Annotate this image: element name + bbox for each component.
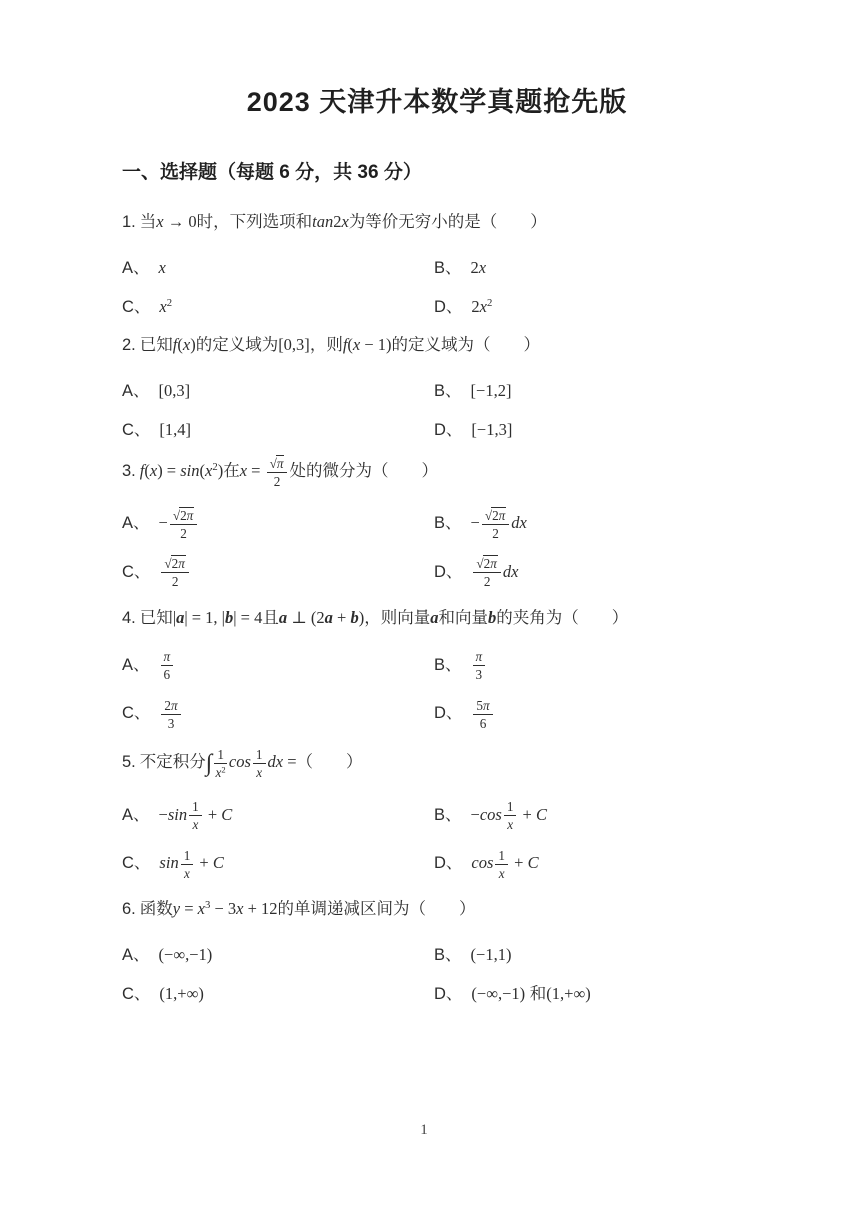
- exam-page: 2023 天津升本数学真题抢先版 一、选择题（每题 6 分，共 36 分） 1.…: [0, 0, 848, 1004]
- answer-option: D、√2π2dx: [434, 541, 752, 589]
- option-label: B、: [434, 259, 462, 277]
- answer-option: B、2x: [434, 239, 752, 278]
- option-label: A、: [122, 514, 150, 532]
- answer-option: C、√2π2: [122, 541, 434, 589]
- radical: √2π: [164, 555, 185, 571]
- fraction: 1x2: [214, 747, 227, 780]
- options-grid: A、π6 B、π3 C、2π3 D、5π6: [122, 634, 752, 731]
- fraction: √π2: [267, 456, 288, 489]
- fraction: 2π3: [161, 698, 180, 731]
- fraction: √2π2: [473, 556, 500, 589]
- question-stem: 不定积分∫1x2cos1xdx =（ ）: [140, 753, 363, 771]
- option-label: C、: [122, 563, 150, 581]
- option-text: −√2π2dx: [471, 514, 527, 532]
- question-number: 3.: [122, 462, 136, 480]
- option-text: −√2π2: [159, 514, 200, 532]
- question: 1.当x → 0时，下列选项和tan2x为等价无穷小的是（ ） A、x B、2x…: [122, 210, 752, 317]
- option-text: [−1,3]: [471, 421, 512, 439]
- question-number: 5.: [122, 753, 136, 771]
- question-number: 2.: [122, 336, 136, 354]
- options-grid: A、−sin1x + C B、−cos1x + C C、sin1x + C D、…: [122, 784, 752, 881]
- option-text: −cos1x + C: [471, 806, 547, 824]
- option-label: C、: [122, 854, 150, 872]
- option-label: D、: [434, 298, 462, 316]
- question: 3.f(x) = sin(x2)在x = √π2处的微分为（ ） A、−√2π2…: [122, 456, 752, 590]
- option-text: −sin1x + C: [159, 806, 233, 824]
- options-grid: A、−√2π2 B、−√2π2dx C、√2π2 D、√2π2dx: [122, 493, 752, 590]
- option-label: A、: [122, 806, 150, 824]
- option-text: x2: [159, 298, 172, 316]
- integral-sign: ∫: [206, 751, 213, 777]
- question-stem: 函数y = x3 − 3x + 12的单调递减区间为（ ）: [140, 900, 476, 918]
- question-number: 4.: [122, 609, 136, 627]
- option-label: D、: [434, 854, 462, 872]
- option-label: A、: [122, 656, 150, 674]
- option-text: π3: [471, 656, 488, 674]
- option-label: A、: [122, 382, 150, 400]
- option-text: 2π3: [159, 704, 182, 722]
- answer-option: A、−√2π2: [122, 493, 434, 541]
- option-label: C、: [122, 298, 150, 316]
- answer-option: A、[0,3]: [122, 362, 434, 401]
- question-stem: 当x → 0时，下列选项和tan2x为等价无穷小的是（ ）: [140, 213, 547, 231]
- answer-option: B、π3: [434, 634, 752, 682]
- question-stem: 已知f(x)的定义域为[0,3]，则f(x − 1)的定义域为（ ）: [140, 336, 540, 354]
- answer-option: C、(1,+∞): [122, 965, 434, 1004]
- option-label: A、: [122, 259, 150, 277]
- question-number: 6.: [122, 900, 136, 918]
- fraction: √2π2: [161, 556, 188, 589]
- radical: √2π: [485, 507, 506, 523]
- option-text: [1,4]: [159, 421, 191, 439]
- options-grid: A、x B、2x C、x2 D、2x2: [122, 239, 752, 317]
- fraction: √2π2: [482, 508, 509, 541]
- option-label: D、: [434, 985, 462, 1003]
- section-heading: 一、选择题（每题 6 分，共 36 分）: [122, 157, 752, 184]
- option-text: 2x: [471, 259, 487, 277]
- radical: √2π: [173, 507, 194, 523]
- option-text: cos1x + C: [471, 854, 538, 872]
- option-text: π6: [159, 656, 176, 674]
- option-label: D、: [434, 704, 462, 722]
- fraction: 1x: [495, 848, 508, 881]
- answer-option: A、x: [122, 239, 434, 278]
- fraction: 1x: [504, 799, 517, 832]
- question: 2.已知f(x)的定义域为[0,3]，则f(x − 1)的定义域为（ ） A、[…: [122, 333, 752, 440]
- answer-option: D、(−∞,−1) 和(1,+∞): [434, 965, 752, 1004]
- option-text: √2π2: [159, 563, 190, 581]
- question: 5.不定积分∫1x2cos1xdx =（ ） A、−sin1x + C B、−c…: [122, 747, 752, 881]
- option-text: 5π6: [471, 704, 494, 722]
- fraction: √2π2: [170, 508, 197, 541]
- answer-option: C、2π3: [122, 683, 434, 731]
- options-grid: A、(−∞,−1) B、(−1,1) C、(1,+∞) D、(−∞,−1) 和(…: [122, 926, 752, 1004]
- answer-option: B、(−1,1): [434, 926, 752, 965]
- answer-option: A、−sin1x + C: [122, 784, 434, 832]
- option-label: C、: [122, 421, 150, 439]
- question-stem-line: 4.已知|a| = 1, |b| = 4且a ⊥ (2a + b)，则向量a和向…: [122, 606, 752, 631]
- radical: √π: [270, 455, 285, 471]
- answer-option: B、−√2π2dx: [434, 493, 752, 541]
- question: 6.函数y = x3 − 3x + 12的单调递减区间为（ ） A、(−∞,−1…: [122, 897, 752, 1004]
- fraction: π3: [473, 649, 486, 682]
- option-text: (−∞,−1): [159, 946, 213, 964]
- option-text: sin1x + C: [159, 854, 223, 872]
- option-text: [0,3]: [159, 382, 191, 400]
- answer-option: D、5π6: [434, 683, 752, 731]
- option-label: B、: [434, 382, 462, 400]
- answer-option: A、(−∞,−1): [122, 926, 434, 965]
- answer-option: C、x2: [122, 278, 434, 317]
- question: 4.已知|a| = 1, |b| = 4且a ⊥ (2a + b)，则向量a和向…: [122, 606, 752, 731]
- question-stem-line: 2.已知f(x)的定义域为[0,3]，则f(x − 1)的定义域为（ ）: [122, 333, 752, 358]
- answer-option: D、[−1,3]: [434, 401, 752, 440]
- answer-option: C、sin1x + C: [122, 833, 434, 881]
- answer-option: D、cos1x + C: [434, 833, 752, 881]
- question-stem-line: 6.函数y = x3 − 3x + 12的单调递减区间为（ ）: [122, 897, 752, 922]
- radical: √2π: [476, 555, 497, 571]
- option-label: D、: [434, 421, 462, 439]
- fraction: 5π6: [473, 698, 492, 731]
- option-text: [−1,2]: [471, 382, 512, 400]
- option-label: A、: [122, 946, 150, 964]
- answer-option: B、−cos1x + C: [434, 784, 752, 832]
- question-stem-line: 3.f(x) = sin(x2)在x = √π2处的微分为（ ）: [122, 456, 752, 489]
- option-label: B、: [434, 514, 462, 532]
- fraction: π6: [161, 649, 174, 682]
- fraction: 1x: [181, 848, 194, 881]
- question-stem-line: 5.不定积分∫1x2cos1xdx =（ ）: [122, 747, 752, 780]
- answer-option: A、π6: [122, 634, 434, 682]
- page-number: 1: [0, 1122, 848, 1139]
- option-text: (−1,1): [471, 946, 512, 964]
- option-label: C、: [122, 704, 150, 722]
- fraction: 1x: [253, 747, 266, 780]
- option-label: B、: [434, 806, 462, 824]
- question-stem: f(x) = sin(x2)在x = √π2处的微分为（ ）: [140, 462, 438, 480]
- answer-option: D、2x2: [434, 278, 752, 317]
- options-grid: A、[0,3] B、[−1,2] C、[1,4] D、[−1,3]: [122, 362, 752, 440]
- question-stem-line: 1.当x → 0时，下列选项和tan2x为等价无穷小的是（ ）: [122, 210, 752, 235]
- option-label: C、: [122, 985, 150, 1003]
- option-label: D、: [434, 563, 462, 581]
- option-text: √2π2dx: [471, 563, 518, 581]
- option-text: x: [159, 259, 166, 277]
- option-text: 2x2: [471, 298, 492, 316]
- option-label: B、: [434, 946, 462, 964]
- questions-list: 1.当x → 0时，下列选项和tan2x为等价无穷小的是（ ） A、x B、2x…: [122, 210, 752, 1004]
- answer-option: C、[1,4]: [122, 401, 434, 440]
- question-number: 1.: [122, 213, 136, 231]
- option-text: (−∞,−1) 和(1,+∞): [471, 985, 590, 1003]
- answer-option: B、[−1,2]: [434, 362, 752, 401]
- fraction: 1x: [189, 799, 202, 832]
- page-title: 2023 天津升本数学真题抢先版: [122, 80, 752, 119]
- option-text: (1,+∞): [159, 985, 203, 1003]
- option-label: B、: [434, 656, 462, 674]
- question-stem: 已知|a| = 1, |b| = 4且a ⊥ (2a + b)，则向量a和向量b…: [140, 609, 628, 627]
